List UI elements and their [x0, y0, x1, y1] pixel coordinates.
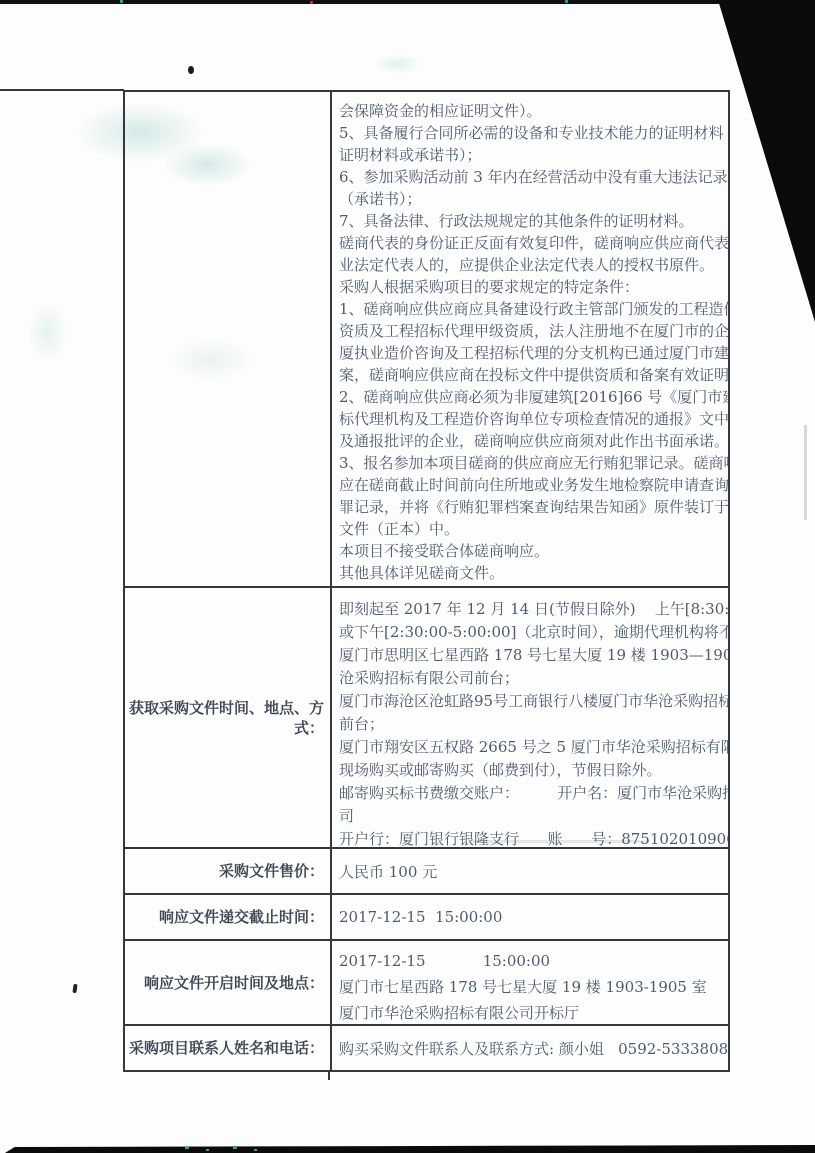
text-line: 沧采购招标有限公司前台；: [339, 667, 728, 690]
text-line: 或下午[2:30:00-5:00:00]（北京时间），逾期代理机构将不接受报名；: [339, 621, 728, 644]
text-line: 3、报名参加本项目磋商的供应商应无行贿犯罪记录。磋商响应供应商: [339, 452, 728, 474]
row-content: 会保障资金的相应证明文件）。 5、具备履行合同所必需的设备和专业技术能力的证明材…: [332, 92, 728, 586]
text-line: 应在磋商截止时间前向住所地或业务发生地检察院申请查询无行贿犯: [339, 474, 728, 496]
text-line: 开户行：厦门银行银隆支行 账 号：8751020109007675: [339, 828, 728, 847]
text-line: 厦门市海沧区沧虹路95号工商银行八楼厦门市华沧采购招标有限公司: [339, 690, 728, 713]
text-line: 文件（正本）中。: [339, 518, 728, 540]
row-label: [125, 92, 332, 586]
text-line: 即刻起至 2017 年 12 月 14 日(节假日除外) 上午[8:30:00-…: [339, 598, 728, 621]
row-label: 获取采购文件时间、地点、方式：: [125, 588, 332, 847]
table-row-submission-deadline: 响应文件递交截止时间： 2017-12-15 15:00:00: [125, 895, 728, 941]
scan-speck-teal: [565, 0, 568, 3]
scan-speck-green: [206, 1149, 209, 1151]
text-line: 案，磋商响应供应商在投标文件中提供资质和备案有效证明材料。: [339, 364, 728, 386]
table-row-contact-person: 采购项目联系人姓名和电话： 购买采购文件联系人及联系方式: 颜小姐 0592-5…: [125, 1026, 728, 1070]
scan-speck-green: [185, 1147, 189, 1149]
scan-smudge-cyan: [365, 50, 430, 78]
row-label: 采购文件售价：: [125, 849, 332, 893]
text-line: 1、磋商响应供应商应具备建设行政主管部门颁发的工程造价咨询甲级: [339, 298, 728, 320]
table-row-opening-time-place: 响应文件开启时间及地点： 2017-12-15 15:00:00 厦门市七星西路…: [125, 941, 728, 1026]
text-line: 厦门市翔安区五权路 2665 号之 5 厦门市华沧采购招标有限公司前台；: [339, 736, 728, 759]
text-line: 购买采购文件联系人及联系方式: 颜小姐 0592-5333808/5333807…: [339, 1038, 728, 1059]
text-line: 前台；: [339, 713, 728, 736]
text-line: 7、具备法律、行政法规规定的其他条件的证明材料。: [339, 210, 728, 232]
table-row-document-price: 采购文件售价： 人民币 100 元: [125, 849, 728, 895]
text-line: 磋商代表的身份证正反面有效复印件，磋商响应供应商代表若不是企: [339, 232, 728, 254]
scan-speck-green: [233, 1147, 237, 1149]
row-label: 响应文件开启时间及地点：: [125, 941, 332, 1024]
text-line: 现场购买或邮寄购买（邮费到付），节假日除外。: [339, 759, 728, 782]
text-line: 司: [339, 805, 728, 828]
text-line: 2017-12-15 15:00:00: [339, 908, 502, 926]
scan-speck-red: [310, 1, 313, 4]
text-line: 5、具备履行合同所必需的设备和专业技术能力的证明材料（可以提供: [339, 122, 728, 144]
text-line: 厦门市思明区七星西路 178 号七星大厦 19 楼 1903—1905 室厦门市…: [339, 644, 728, 667]
text-line: 资质及工程招标代理甲级资质，法人注册地不在厦门市的企业，其在: [339, 320, 728, 342]
row-label: 响应文件递交截止时间：: [125, 895, 332, 939]
row-content: 即刻起至 2017 年 12 月 14 日(节假日除外) 上午[8:30:00-…: [332, 588, 728, 847]
text-line: 厦门市七星西路 178 号七星大厦 19 楼 1903-1905 室: [339, 974, 728, 1000]
ink-dot: [72, 984, 77, 993]
table-row-document-acquisition: 获取采购文件时间、地点、方式： 即刻起至 2017 年 12 月 14 日(节假…: [125, 588, 728, 849]
scan-smear: [804, 425, 807, 520]
scan-speck-green: [254, 1149, 257, 1151]
text-line: 2017-12-15 15:00:00: [339, 948, 728, 974]
text-line: 本项目不接受联合体磋商响应。: [339, 540, 728, 562]
table-row-qualification-requirements: 会保障资金的相应证明文件）。 5、具备履行合同所必需的设备和专业技术能力的证明材…: [125, 92, 728, 588]
text-line: 2、磋商响应供应商必须为非厦建筑[2016]66 号《厦门市建设局关于招: [339, 386, 728, 408]
text-line: 其他具体详见磋商文件。: [339, 562, 728, 584]
scan-smudge-cyan: [20, 290, 75, 375]
text-line: 标代理机构及工程造价咨询单位专项检查情况的通报》文中存在问题: [339, 408, 728, 430]
ink-dot: [188, 66, 194, 74]
text-line: 6、参加采购活动前 3 年内在经营活动中没有重大违法记录的书面声明: [339, 166, 728, 188]
row-content: 2017-12-15 15:00:00 厦门市七星西路 178 号七星大厦 19…: [332, 941, 728, 1024]
text-line: 厦门市华沧采购招标有限公司开标厅: [339, 1000, 728, 1024]
row-content: 2017-12-15 15:00:00: [332, 895, 728, 939]
procurement-notice-table: 会保障资金的相应证明文件）。 5、具备履行合同所必需的设备和专业技术能力的证明材…: [123, 90, 730, 1072]
scan-edge-bottom: [0, 1145, 815, 1153]
text-line: 罪记录，并将《行贿犯罪档案查询结果告知函》原件装订于磋商响应: [339, 496, 728, 518]
text-line: 厦执业造价咨询及工程招标代理的分支机构已通过厦门市建设局备: [339, 342, 728, 364]
row-content: 购买采购文件联系人及联系方式: 颜小姐 0592-5333808/5333807…: [332, 1026, 728, 1070]
row-content: 人民币 100 元: [332, 849, 728, 893]
row-label: 采购项目联系人姓名和电话：: [125, 1026, 332, 1070]
text-line: 会保障资金的相应证明文件）。: [339, 100, 728, 122]
scanned-document-page: 会保障资金的相应证明文件）。 5、具备履行合同所必需的设备和专业技术能力的证明材…: [0, 0, 815, 1153]
scan-corner-wedge: [718, 0, 815, 322]
text-line: 采购人根据采购项目的要求规定的特定条件：: [339, 276, 728, 298]
column-divider-tail: [328, 1072, 330, 1080]
table-top-border-extension: [0, 89, 124, 91]
text-line: 证明材料或承诺书）；: [339, 144, 728, 166]
scan-speck-green: [120, 0, 123, 3]
text-line: 邮寄购买标书费缴交账户： 开户名：厦门市华沧采购招标有限公: [339, 782, 728, 805]
text-line: 及通报批评的企业，磋商响应供应商须对此作出书面承诺。: [339, 430, 728, 452]
text-line: （承诺书）；: [339, 188, 728, 210]
text-line: 业法定代表人的，应提供企业法定代表人的授权书原件。: [339, 254, 728, 276]
text-line: 人民币 100 元: [339, 861, 437, 882]
